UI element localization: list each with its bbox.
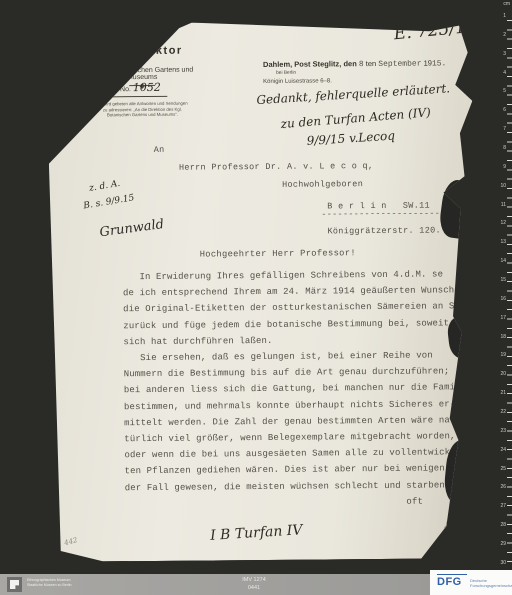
ruler-number: 14 [500, 259, 506, 264]
ruler-number: 23 [500, 429, 506, 434]
annotation-turfan-acten: zu den Turfan Acten (IV) [280, 105, 431, 131]
letterhead-note-line: Botanischen Gartens und Museums“. [76, 111, 208, 118]
ruler-number: 19 [500, 353, 506, 358]
annotation-date-initials: 9/9/15 v.Lecoq [306, 129, 395, 148]
dfg-abbreviation: DFG [437, 576, 462, 588]
ruler-number: 9 [503, 165, 506, 170]
scan-viewport: Der Direktor des Königl. Botanischen Gar… [0, 0, 512, 595]
scan-identifier: IMV 1274 0441 [224, 577, 284, 592]
address-honorific: Hochwohlgeboren [282, 179, 363, 190]
sender-street: Königin Luisestrasse 6–8. [263, 78, 332, 85]
ruler-number: 11 [501, 203, 506, 208]
sender-organization: Königl. Botanischen Gartens und Museums [76, 66, 208, 81]
letter-body-line: zurück und füge jedem die botanische Bes… [123, 315, 465, 334]
pencil-page-number: 442 [63, 536, 78, 547]
letter-body-line: oft [125, 493, 467, 512]
ruler-number: 6 [503, 108, 506, 113]
dfg-full-name: Deutsche Forschungsgemeinschaft [470, 578, 512, 588]
ruler-number: 28 [500, 523, 506, 528]
footer-bar: Ethnographisches Museum Staatliche Musee… [0, 574, 512, 595]
museum-credit: Ethnographisches Museum Staatliche Musee… [27, 578, 72, 588]
ruler-number: 18 [500, 335, 506, 340]
dfg-logo-rule [437, 574, 467, 575]
address-city-underline: ------------------------ [321, 208, 451, 219]
journal-number-value-handwritten: 1052 [133, 81, 161, 94]
ruler-number: 22 [500, 410, 506, 415]
dateline: Dahlem, Post Steglitz, den 8 ten Septemb… [263, 58, 446, 70]
annotation-gedankt: Gedankt, fehlerquelle erläutert. [256, 81, 450, 107]
salutation: Hochgeehrter Herr Professor! [200, 248, 356, 259]
ruler-number: 2 [503, 33, 506, 38]
ruler-number: 5 [503, 89, 506, 94]
ruler-number: 1 [503, 14, 506, 19]
ruler-number: 27 [500, 504, 506, 509]
dateline-bei-berlin: bei Berlin [276, 71, 296, 76]
ruler-number: 12 [500, 221, 506, 226]
journal-number-label: J.-No. [112, 86, 131, 93]
letter-scan-page: Der Direktor des Königl. Botanischen Gar… [48, 20, 477, 562]
scan-id-image-number: 0441 [224, 585, 284, 593]
address-recipient: Herrn Professor Dr. A. v. L e c o q, [179, 161, 374, 173]
dateline-year-prefix: 19 [421, 59, 432, 68]
dateline-ten: ten [364, 59, 379, 68]
ruler-number: 26 [500, 485, 506, 490]
letterhead-small-print: Es wird gebeten alle Antworten und Sendu… [76, 100, 208, 118]
letter-body: In Erwiderung Ihres gefälligen Schreiben… [123, 266, 467, 512]
file-number-handwritten: E. 725/15 [393, 17, 478, 45]
sender-des: des [76, 58, 208, 65]
address-street: Königgrätzerstr. 120. [327, 225, 441, 236]
scan-id-shelfmark: IMV 1274 [224, 577, 284, 585]
ruler-number: 24 [500, 448, 506, 453]
ruler-number: 21 [500, 391, 506, 396]
ruler-number: 16 [500, 297, 506, 302]
dateline-place: Dahlem, Post Steglitz, den [263, 59, 359, 69]
dfg-logo: DFG Deutsche Forschungsgemeinschaft [430, 570, 512, 595]
margin-note-zda: z. d. A. [88, 179, 121, 194]
ruler-number: 29 [500, 542, 506, 547]
paper-tear [438, 178, 479, 240]
scan-ruler: cm 1234567891011121314151617181920212223… [498, 0, 512, 575]
margin-note-bs: B. s. 9/9.15 [83, 193, 135, 211]
ruler-number: 15 [500, 278, 506, 283]
dateline-month-typed: September [378, 60, 421, 69]
address-an: An [154, 145, 165, 155]
dfg-name-line: Forschungsgemeinschaft [470, 583, 512, 588]
ruler-number: 25 [500, 467, 506, 472]
ruler-number: 4 [503, 71, 506, 76]
bottom-archive-label: I B Turfan IV [210, 522, 303, 544]
margin-signature: Grunwald [99, 217, 165, 240]
ruler-number: 10 [500, 184, 506, 189]
museum-parent: Staatliche Museen zu Berlin [27, 583, 72, 588]
ruler-number: 30 [500, 561, 506, 566]
ruler-number: 3 [503, 52, 506, 57]
sender-title: Der Direktor [76, 44, 208, 57]
ruler-ticks [507, 20, 512, 570]
ruler-number: 7 [503, 127, 506, 132]
ruler-number: 20 [500, 372, 506, 377]
ruler-unit-label: cm [503, 1, 510, 7]
ruler-number: 13 [500, 240, 506, 245]
ruler-numbers: 1234567891011121314151617181920212223242… [500, 14, 506, 566]
top-left-handwritten-note: Jo. 9/9.15 [61, 31, 106, 49]
dateline-year-typed: 15. [432, 59, 446, 68]
ruler-number: 17 [500, 316, 506, 321]
ruler-number: 8 [503, 146, 506, 151]
journal-number: J.-No. 1052 [110, 81, 167, 97]
museum-logo-icon [7, 577, 22, 592]
